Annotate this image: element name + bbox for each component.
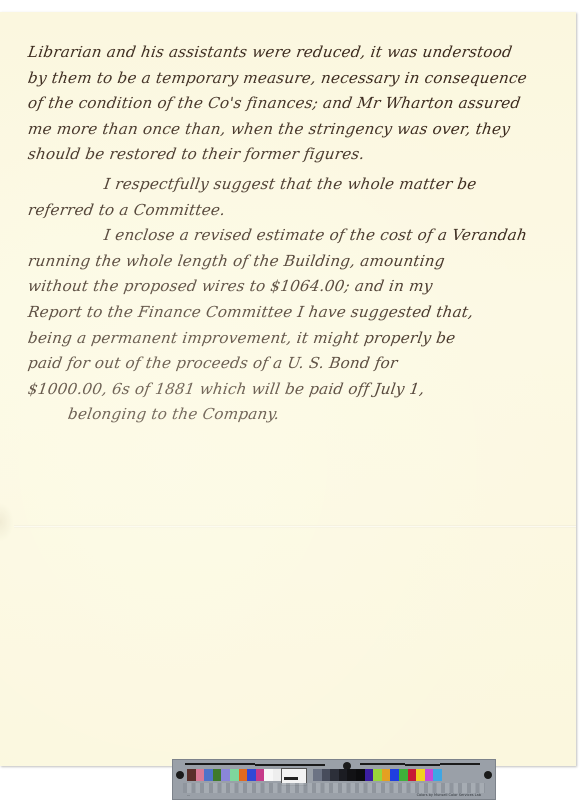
text-line: I enclose a revised estimate of the cost… — [26, 223, 570, 249]
target-hole-left — [176, 771, 184, 779]
color-swatch — [264, 769, 273, 781]
color-swatch — [256, 769, 265, 781]
text-line: $1000.00, 6s of 1881 which will be paid … — [26, 377, 570, 403]
color-swatch — [365, 769, 374, 781]
color-swatch — [390, 769, 399, 781]
color-swatch — [373, 769, 382, 781]
color-swatch — [196, 769, 205, 781]
target-hole-right — [484, 771, 492, 779]
color-swatch — [433, 769, 442, 781]
paper-crease — [0, 502, 14, 542]
text-line: paid for out of the proceeds of a U. S. … — [26, 351, 570, 377]
text-line: without the proposed wires to $1064.00; … — [26, 274, 570, 300]
color-swatch — [330, 769, 339, 781]
color-swatch — [356, 769, 365, 781]
color-swatch — [213, 769, 222, 781]
handwritten-text: Librarian and his assistants were reduce… — [28, 40, 568, 428]
text-line: me more than once than, when the stringe… — [26, 117, 570, 143]
color-swatch — [230, 769, 239, 781]
color-swatch — [347, 769, 356, 781]
color-swatch — [204, 769, 213, 781]
color-swatch — [339, 769, 348, 781]
color-swatch — [416, 769, 425, 781]
color-swatch — [322, 769, 331, 781]
color-swatch — [221, 769, 230, 781]
swatch-row-right — [313, 769, 442, 781]
text-line: running the whole length of the Building… — [26, 249, 570, 275]
color-swatch — [313, 769, 322, 781]
text-line: by them to be a temporary measure, neces… — [26, 66, 570, 92]
color-swatch — [239, 769, 248, 781]
target-numeric-grid — [183, 783, 485, 793]
color-swatch — [187, 769, 196, 781]
color-swatch — [399, 769, 408, 781]
text-line: belonging to the Company. — [26, 402, 570, 428]
color-swatch — [425, 769, 434, 781]
target-caption-right: Colors by Munsell Color Services Lab — [417, 793, 481, 797]
fold-line — [14, 525, 576, 528]
text-line: Report to the Finance Committee I have s… — [26, 300, 570, 326]
color-swatch — [382, 769, 391, 781]
target-caption-left: ... — [187, 793, 190, 797]
text-line: of the condition of the Co's finances; a… — [26, 91, 570, 117]
color-calibration-target: ... Colors by Munsell Color Services Lab — [172, 759, 496, 800]
text-line: I respectfully suggest that the whole ma… — [26, 172, 570, 198]
text-line: referred to a Committee. — [26, 198, 570, 224]
text-line: being a permanent improvement, it might … — [26, 326, 570, 352]
target-scale-bar — [185, 763, 483, 766]
color-swatch — [247, 769, 256, 781]
letter-page: Librarian and his assistants were reduce… — [0, 12, 576, 766]
text-line: should be restored to their former figur… — [26, 142, 570, 168]
text-line: Librarian and his assistants were reduce… — [26, 40, 570, 66]
color-swatch — [408, 769, 417, 781]
